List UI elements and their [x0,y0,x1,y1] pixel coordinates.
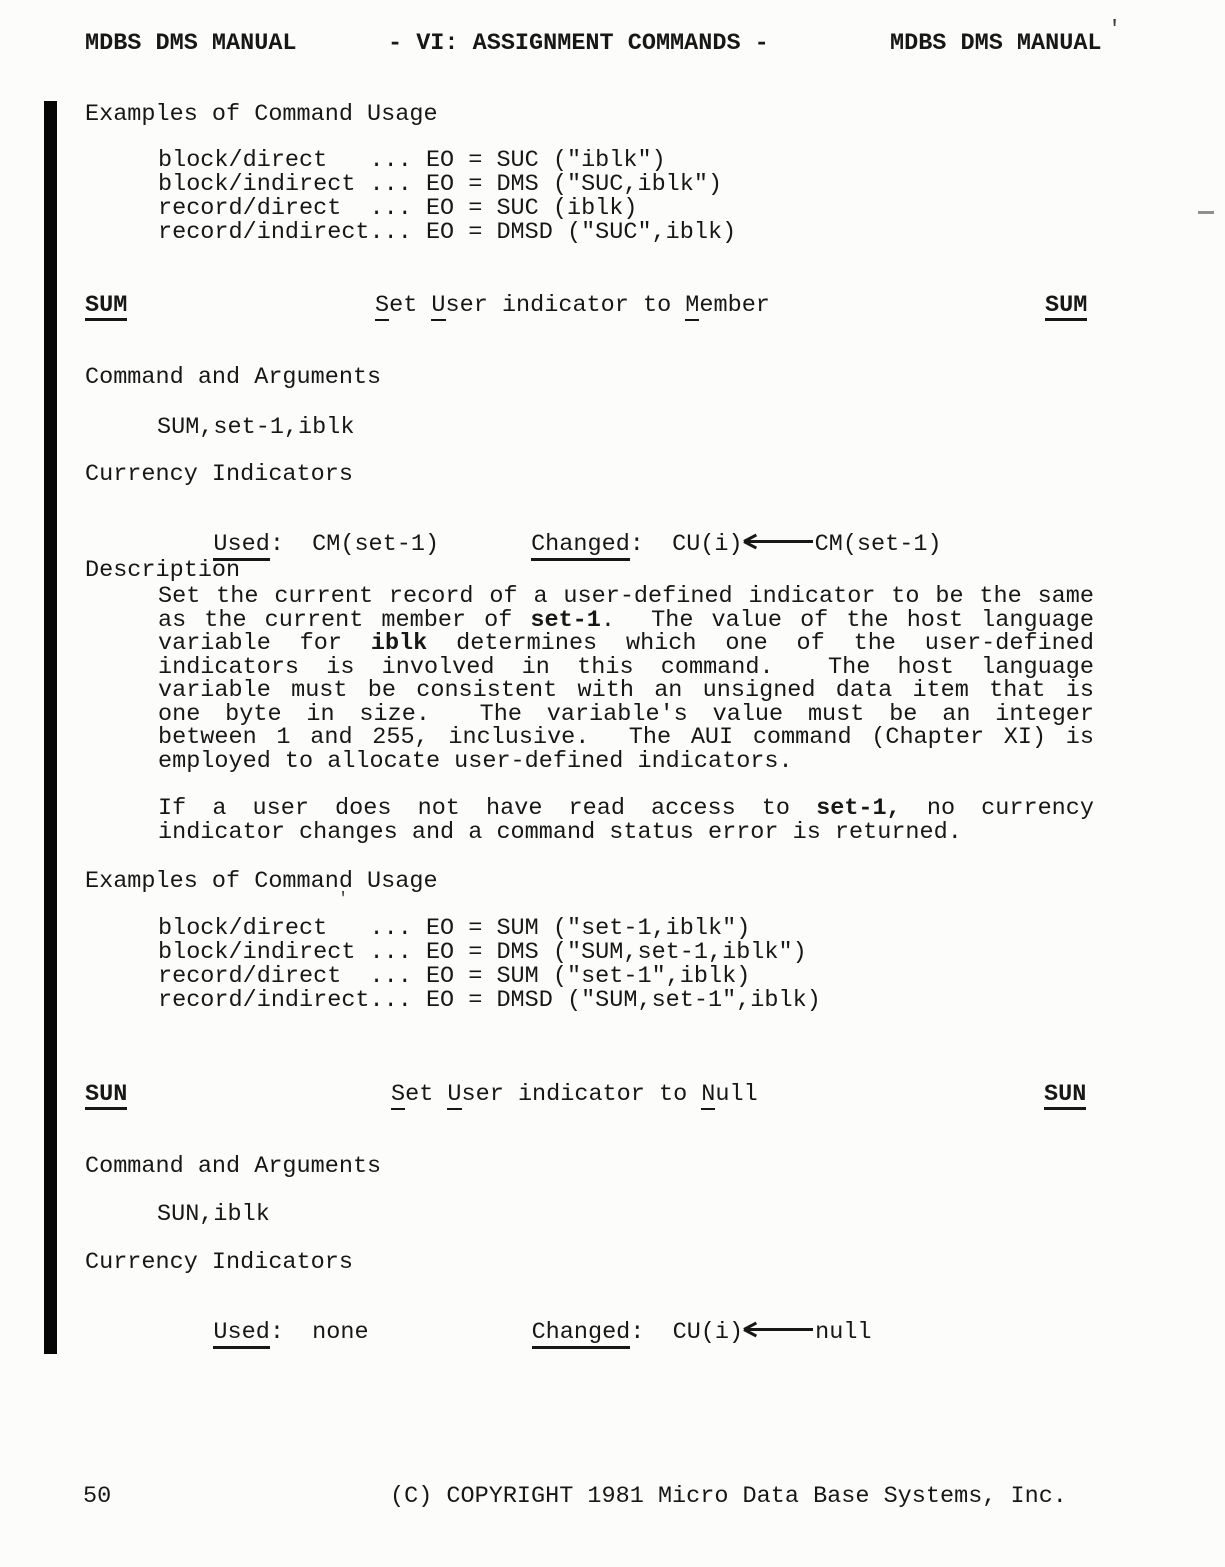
header-center-title: - VI: ASSIGNMENT COMMANDS - [388,32,769,56]
sum-description-paragraph-2: If a user does not have read access to s… [158,797,1094,844]
description-line: indicator changes and a command status e… [158,821,1094,845]
sun-title-initial: N [701,1081,715,1110]
sun-title: Set User indicator to Null [391,1083,758,1107]
page-number: 50 [83,1485,111,1509]
manual-page: ' ' MDBS DMS MANUAL - VI: ASSIGNMENT COM… [0,0,1225,1567]
code-line: record/indirect... EO = DMSD ("SUC",iblk… [158,221,736,245]
copyright-notice: (C) COPYRIGHT 1981 Micro Data Base Syste… [390,1485,1067,1509]
sum-currency-heading: Currency Indicators [85,463,353,487]
code-line: record/indirect... EO = DMSD ("SUM,set-1… [158,989,821,1013]
sun-title-initial: S [391,1081,405,1110]
sun-cmd-args: SUN,iblk [157,1203,270,1227]
changed-value: : CU(i) [630,1319,743,1346]
header-left-title: MDBS DMS MANUAL [85,32,297,56]
suc-examples-heading: Examples of Command Usage [85,103,438,127]
description-line: indicators is involved in this command. … [158,656,1094,680]
changed-label: Changed [531,531,630,561]
sum-title-text: ser indicator to [446,292,686,319]
code-line: record/direct ... EO = SUM ("set-1",iblk… [158,965,821,989]
sum-cmd-args-heading: Command and Arguments [85,366,381,390]
code-line: block/direct ... EO = SUC ("iblk") [158,149,736,173]
sum-examples-heading: Examples of Command Usage [85,870,438,894]
sum-left-label: SUM [85,294,127,321]
used-value: : CM(set-1) [270,531,439,558]
scan-artifact-tick: ' [1108,18,1121,42]
description-line: Set the current record of a user-defined… [158,585,1094,609]
sum-title-text: et [389,292,431,319]
sun-currency-heading: Currency Indicators [85,1251,353,1275]
sum-cmd-args: SUM,set-1,iblk [157,416,354,440]
changed-target: CM(set-1) [815,531,942,558]
code-line: block/direct ... EO = SUM ("set-1,iblk") [158,917,821,941]
sun-currency-line: Used: noneChanged: CU(i)null [157,1297,872,1369]
used-label: Used [213,1319,269,1349]
changed-target: null [815,1319,871,1346]
changed-label: Changed [532,1319,631,1349]
description-line: between 1 and 255, inclusive. The AUI co… [158,726,1094,750]
code-line: block/indirect ... EO = DMS ("SUM,set-1,… [158,941,821,965]
sun-title-text: ser indicator to [462,1081,702,1108]
description-line: one byte in size. The variable's value m… [158,703,1094,727]
sun-right-label: SUN [1044,1083,1086,1110]
sum-currency-line: Used: CM(set-1)Changed: CU(i)CM(set-1) [157,509,942,581]
sun-title-initial: U [447,1081,461,1110]
sum-description-heading: Description [85,559,240,583]
description-line: as the current member of set-1. The valu… [158,609,1094,633]
sum-description-body: Set the current record of a user-defined… [158,585,1094,773]
sun-left-label: SUN [85,1083,127,1110]
suc-examples-block: block/direct ... EO = SUC ("iblk") block… [158,149,736,245]
left-arrow-icon [745,1328,813,1331]
sum-title-initial: U [431,292,445,321]
sum-title: Set User indicator to Member [375,294,770,318]
code-line: block/indirect ... EO = DMS ("SUC,iblk") [158,173,736,197]
description-line: employed to allocate user-defined indica… [158,750,1094,774]
sum-examples-block: block/direct ... EO = SUM ("set-1,iblk")… [158,917,821,1013]
left-arrow-icon [745,540,813,543]
sum-title-initial: M [685,292,699,321]
sun-title-text: et [405,1081,447,1108]
code-line: record/direct ... EO = SUC (iblk) [158,197,736,221]
used-value: : none [270,1319,369,1346]
scan-binding-bar [44,101,57,1354]
sun-cmd-args-heading: Command and Arguments [85,1155,381,1179]
description-line: variable must be consistent with an unsi… [158,679,1094,703]
description-line: variable for iblk determines which one o… [158,632,1094,656]
sum-right-label: SUM [1045,294,1087,321]
description-line: If a user does not have read access to s… [158,797,1094,821]
changed-value: : CU(i) [630,531,743,558]
sum-title-initial: S [375,292,389,321]
sum-title-text: ember [699,292,770,319]
sun-title-text: ull [715,1081,757,1108]
scan-artifact-dash [1198,211,1214,214]
header-right-title: MDBS DMS MANUAL [890,32,1102,56]
